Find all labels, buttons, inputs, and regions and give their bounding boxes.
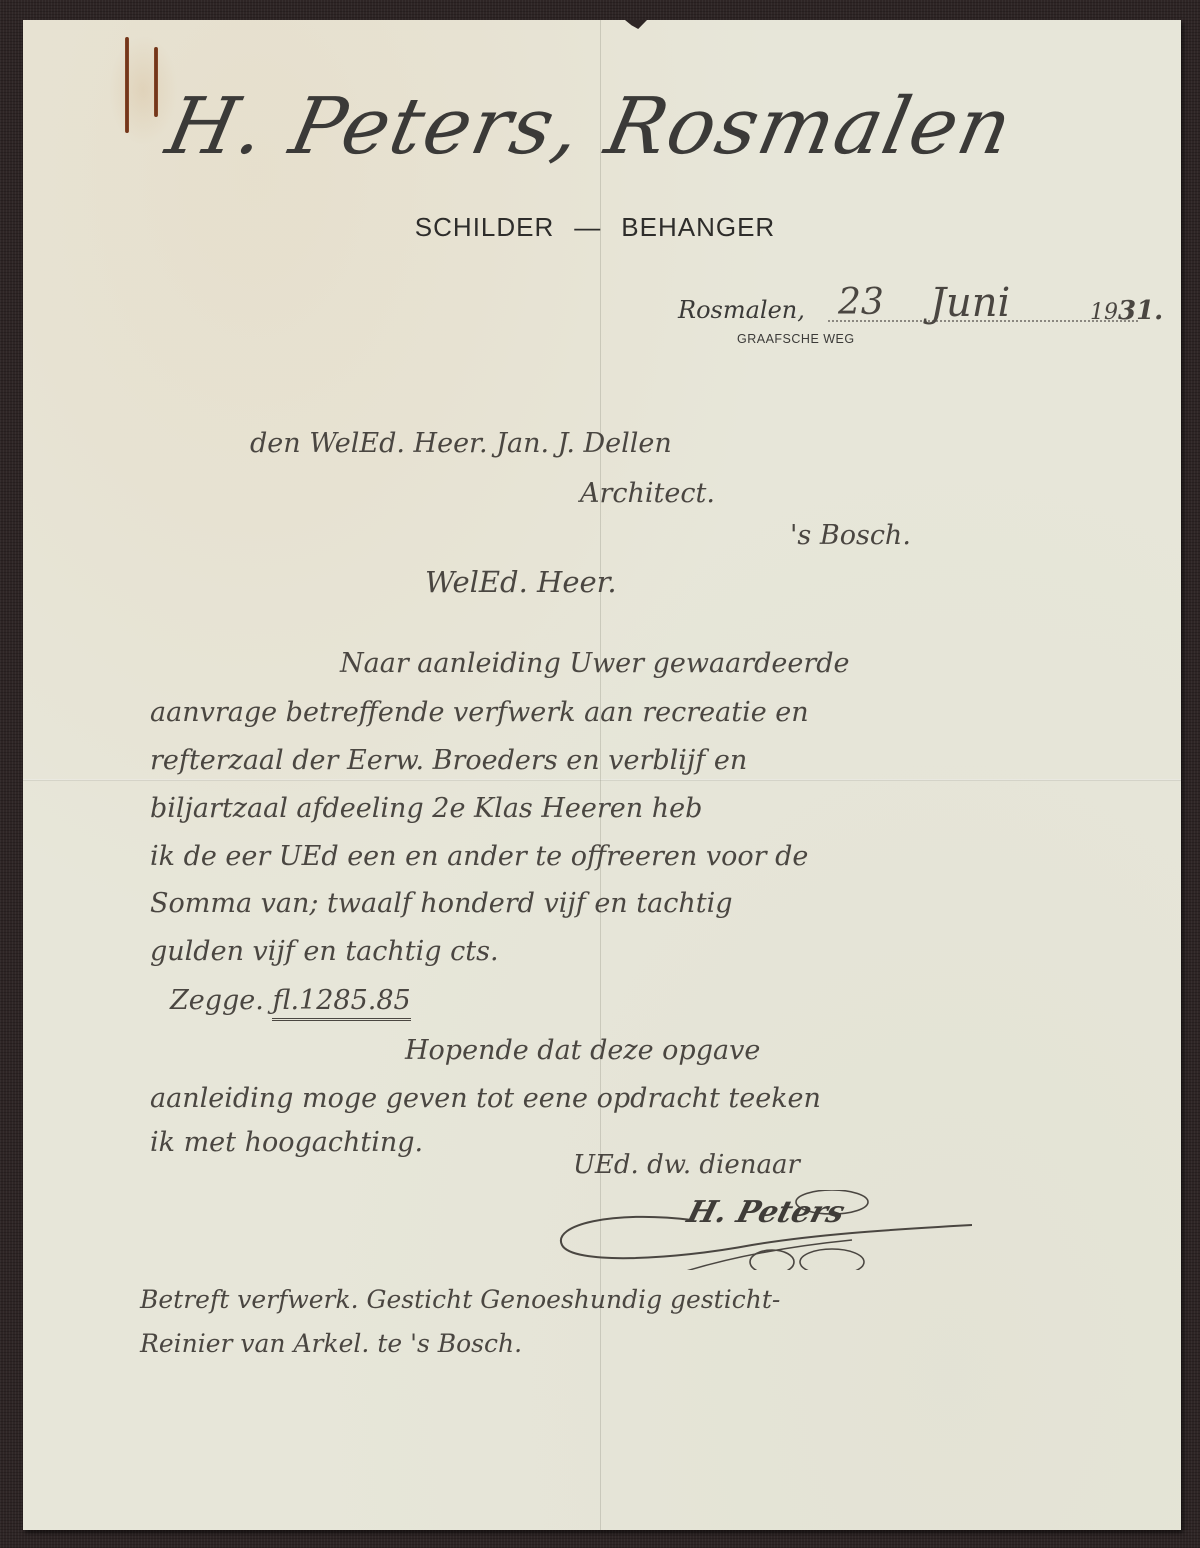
horizontal-fold [23, 779, 1181, 781]
trade-paperhanger: BEHANGER [621, 212, 775, 243]
date-year: 1931. [1090, 296, 1163, 326]
body-line: biljartzaal afdeeling 2e Klas Heeren heb [150, 793, 702, 824]
footnote-line: Reinier van Arkel. te 's Bosch. [140, 1329, 522, 1358]
salutation: WelEd. Heer. [425, 565, 617, 599]
year-prefix: 19 [1090, 300, 1118, 325]
closing-line: ik met hoogachting. [150, 1127, 423, 1158]
letterhead-trade: SCHILDER — BEHANGER [345, 212, 845, 243]
street-address: GRAAFSCHE WEG [737, 332, 855, 346]
closing-line: Hopende dat deze opgave [405, 1035, 760, 1066]
footnote-line: Betreft verfwerk. Gesticht Genoeshundig … [140, 1285, 780, 1314]
staple-mark-icon [125, 37, 129, 133]
torn-notch [625, 20, 647, 29]
body-line: Naar aanleiding Uwer gewaardeerde [340, 648, 850, 679]
body-line: refterzaal der Eerw. Broeders en verblij… [150, 745, 747, 776]
amount-line: Zegge. ƒl.1285.85 [170, 985, 411, 1016]
place-printed: Rosmalen, [678, 296, 805, 324]
year-suffix: 31. [1118, 296, 1163, 326]
amount-total: ƒl.1285.85 [272, 985, 410, 1021]
date-day: 23 [838, 282, 884, 323]
letterhead-name: H. Peters, Rosmalen [140, 82, 1039, 172]
body-line: gulden vijf en tachtig cts. [150, 936, 499, 967]
recipient-city: 's Bosch. [790, 520, 911, 551]
date-month: Juni [930, 280, 1010, 326]
recipient-title: Architect. [580, 478, 715, 509]
place-date-line: Rosmalen, [678, 290, 1138, 330]
trade-painter: SCHILDER [415, 212, 554, 243]
sign-off: UEd. dw. dienaar [573, 1150, 800, 1180]
body-line: Somma van; twaalf honderd vijf en tachti… [150, 888, 733, 919]
recipient-line: den WelEd. Heer. Jan. J. Dellen [250, 428, 672, 459]
body-line: aanvrage betreffende verfwerk aan recrea… [150, 697, 809, 728]
trade-separator: — [574, 212, 601, 243]
zegge-label: Zegge. [170, 985, 264, 1016]
closing-line: aanleiding moge geven tot eene opdracht … [150, 1083, 821, 1114]
signature: H. Peters [683, 1195, 848, 1230]
body-line: ik de eer UEd een en ander te offreeren … [150, 841, 808, 872]
